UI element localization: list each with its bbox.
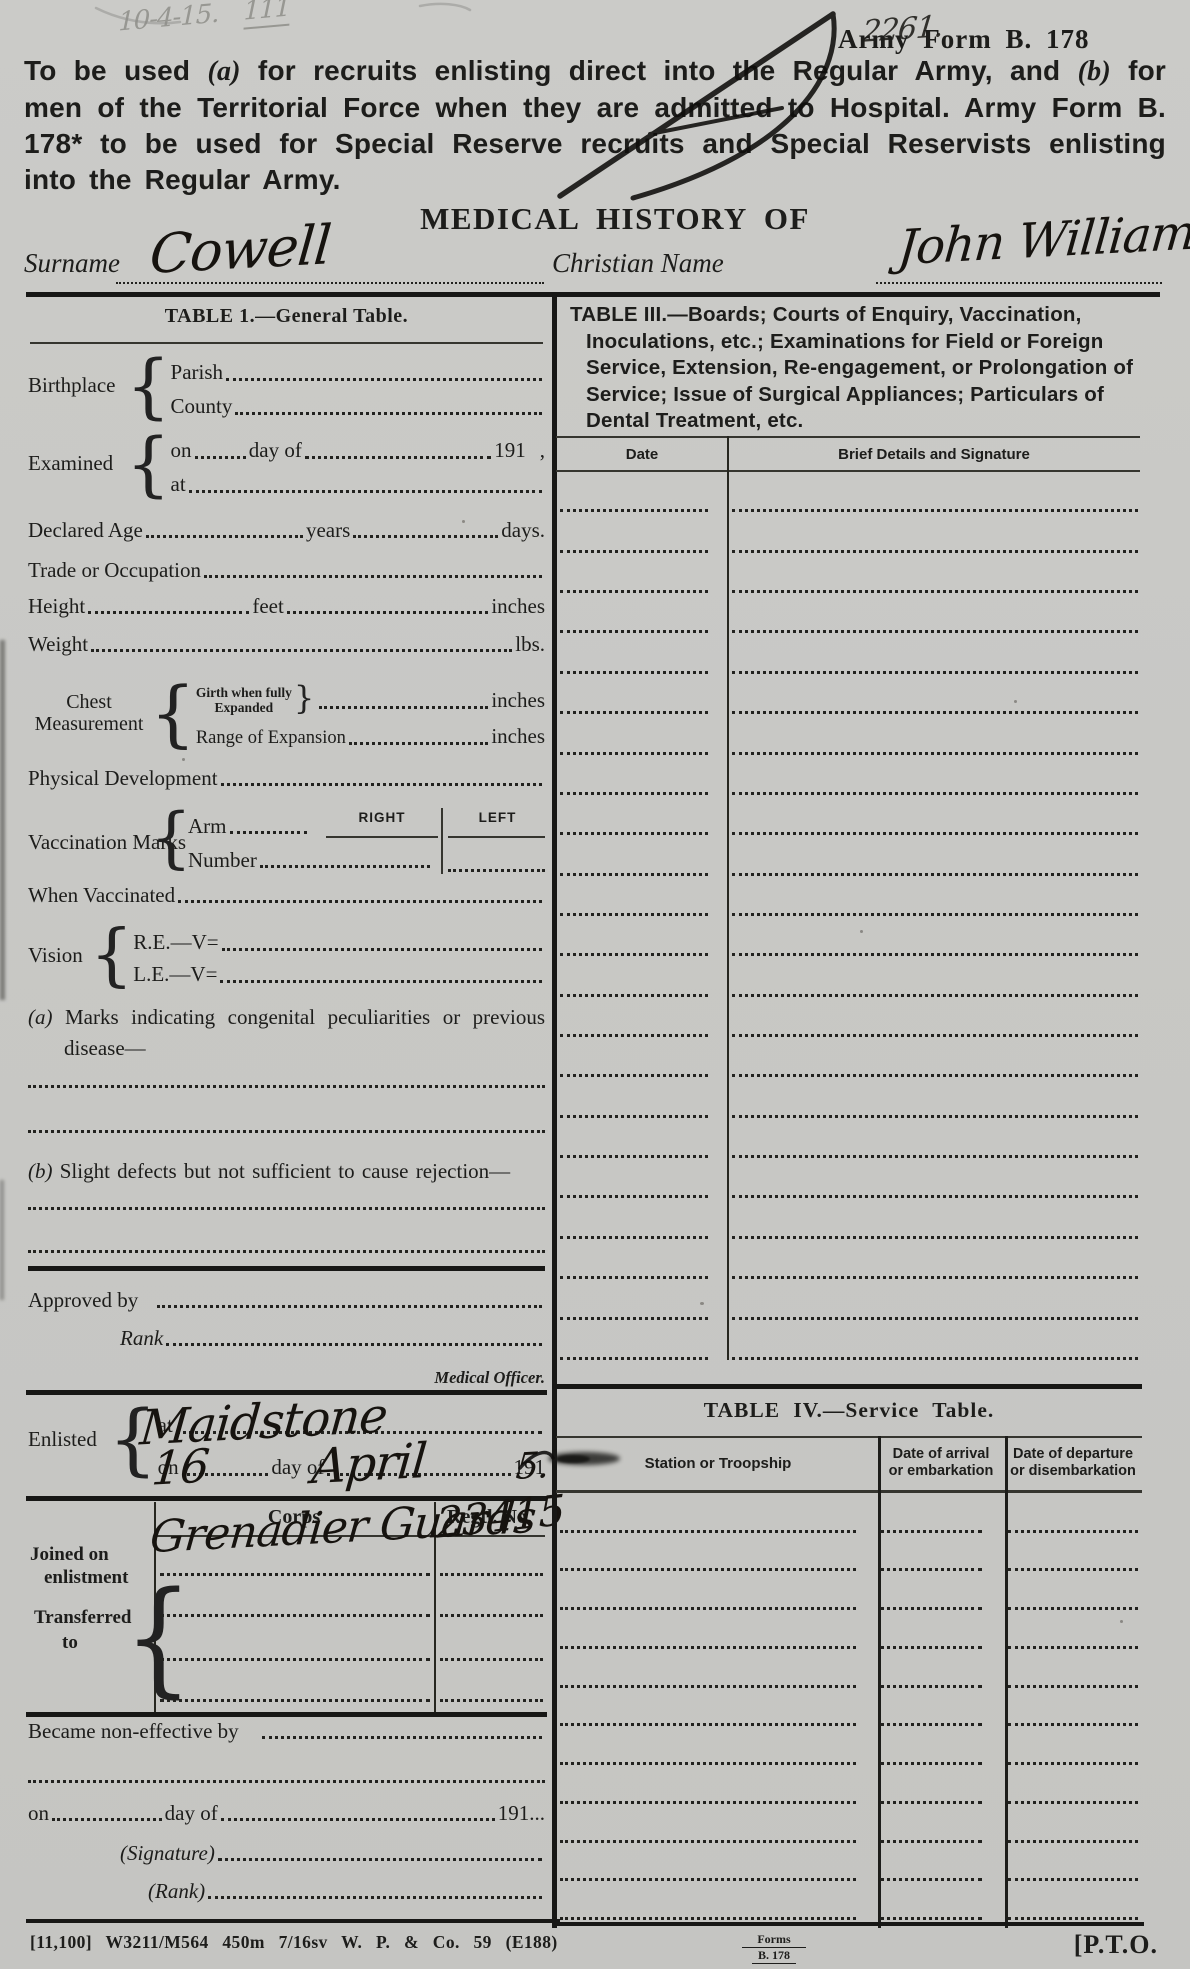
non-effective-month-blank xyxy=(221,1818,495,1821)
dust-speck-4 xyxy=(182,758,185,761)
chest-label-line1: Chest xyxy=(28,691,150,713)
arrival-header-line2: or embarkation xyxy=(880,1463,1002,1480)
table3-row xyxy=(560,512,1138,552)
pencil-annotation: 10-4-15. 111 xyxy=(118,0,290,38)
table3-row xyxy=(560,876,1138,916)
forms-reference-label: Forms xyxy=(742,1932,806,1948)
departure-header-line2: or disembarkation xyxy=(1007,1463,1139,1480)
table3-row xyxy=(560,553,1138,593)
right-eye-label: R.E.—V= xyxy=(133,930,218,955)
signature-blank xyxy=(218,1858,542,1861)
defects-b-paragraph: (b) Slight defects but not sufficient to… xyxy=(28,1156,545,1186)
signature-label: (Signature) xyxy=(120,1841,215,1865)
height-row: Height feet inches xyxy=(28,592,545,618)
left-arm-underline xyxy=(448,836,545,838)
bottom-left-rule xyxy=(26,1919,560,1923)
table3-row xyxy=(560,795,1138,835)
number-label: Number xyxy=(188,848,257,872)
table3-row xyxy=(560,916,1138,956)
enlisted-day-value: 16 xyxy=(150,1438,211,1495)
table4-row xyxy=(560,1804,1138,1843)
declared-age-label: Declared Age xyxy=(28,518,143,542)
table4-title: TABLE IV.—Service Table. xyxy=(556,1398,1142,1423)
table4-body xyxy=(560,1494,1138,1920)
table4-row xyxy=(560,1610,1138,1649)
arm-blank xyxy=(230,831,308,834)
physical-development-label: Physical Development xyxy=(28,766,218,790)
transferred-corps-blank-3 xyxy=(160,1699,430,1702)
table3-title: TABLE III.—Boards; Courts of Enquiry, Va… xyxy=(570,302,1140,435)
examined-on-label: on xyxy=(171,438,192,463)
table3-row xyxy=(560,633,1138,673)
non-effective-on-label: on xyxy=(28,1801,49,1825)
dust-speck-6 xyxy=(860,930,863,933)
joined-corps-blank xyxy=(160,1573,430,1576)
table4-arrival-header: Date of arrival or embarkation xyxy=(880,1446,1002,1480)
approved-by-label: Approved by xyxy=(28,1288,138,1312)
when-vaccinated-label: When Vaccinated xyxy=(28,883,175,907)
chest-label-line2: Measurement xyxy=(28,713,150,735)
range-expansion-label: Range of Expansion xyxy=(196,728,346,749)
forms-reference-stack: Forms B. 178 xyxy=(742,1932,806,1964)
table3-row xyxy=(560,1279,1138,1319)
transferred-corps-blank-2 xyxy=(160,1658,430,1661)
surname-value: Cowell xyxy=(147,213,333,286)
table4-departure-cell xyxy=(1008,1917,1138,1920)
defects-b-tag: (b) xyxy=(28,1159,53,1183)
table3-date-header: Date xyxy=(556,446,728,464)
scan-edge-streak-2 xyxy=(0,1180,4,1300)
table1-title: TABLE 1.—General Table. xyxy=(28,305,545,328)
table4-top-rule xyxy=(556,1384,1142,1389)
parish-label: Parish xyxy=(171,360,224,385)
left-arm-header: LEFT xyxy=(450,810,545,826)
table3-row xyxy=(560,674,1138,714)
instructions-letter-a: (a) xyxy=(207,56,240,87)
defects-b-text: Slight defects but not sufficient to cau… xyxy=(60,1159,510,1183)
height-inches-blank xyxy=(287,611,489,614)
rank-row: Rank xyxy=(120,1324,545,1350)
transferred-regtl-blank-2 xyxy=(440,1658,543,1661)
joined-regtl-blank xyxy=(440,1573,543,1576)
feet-label: feet xyxy=(252,594,283,618)
vaccination-brace: { xyxy=(150,808,192,867)
non-effective-date-row: on day of 191... xyxy=(28,1799,545,1825)
vision-label: Vision xyxy=(28,944,90,967)
enlisted-month-value: April xyxy=(310,1433,429,1495)
marks-a-paragraph: (a) Marks indicating congenital peculiar… xyxy=(28,1002,545,1064)
arm-label: Arm xyxy=(188,814,227,838)
non-effective-row: Became non-effective by xyxy=(28,1717,545,1743)
days-label: days. xyxy=(501,518,545,542)
table3-row xyxy=(560,593,1138,633)
ink-smudge-core xyxy=(556,1455,590,1463)
non-effective-blank xyxy=(262,1736,542,1739)
instructions-letter-b: (b) xyxy=(1078,56,1111,87)
christian-name-label: Christian Name xyxy=(552,248,724,279)
when-vaccinated-blank xyxy=(178,900,542,903)
girth-label-line2: Expanded xyxy=(215,700,274,715)
girth-close-brace: } xyxy=(294,684,314,713)
marks-a-text: Marks indicating congenital peculiaritie… xyxy=(64,1005,545,1060)
table3-row xyxy=(560,997,1138,1037)
range-blank xyxy=(349,742,489,745)
examined-day-blank xyxy=(195,456,246,459)
table3-row xyxy=(560,755,1138,795)
non-effective-day-blank xyxy=(52,1818,162,1821)
girth-label-line1: Girth when fully xyxy=(196,685,292,700)
table4-row xyxy=(560,1494,1138,1533)
joined-label-line1: Joined on xyxy=(30,1544,152,1567)
physical-development-row: Physical Development xyxy=(28,764,545,790)
weight-blank xyxy=(91,649,512,652)
table3-row xyxy=(560,1037,1138,1077)
height-inches-label: inches xyxy=(491,594,545,618)
county-blank-line xyxy=(235,412,542,415)
enlisted-year-value: 5. xyxy=(514,1445,550,1488)
dust-speck-5 xyxy=(1120,1620,1123,1623)
girth-inches-label: inches xyxy=(491,688,545,713)
girth-label: Girth when fully Expanded xyxy=(196,685,292,715)
birthplace-group: Birthplace { Parish County xyxy=(28,352,545,420)
height-label: Height xyxy=(28,594,85,618)
examined-brace: { xyxy=(126,433,171,496)
christian-name-rule xyxy=(876,282,1162,284)
forms-reference-number: B. 178 xyxy=(752,1948,796,1964)
rank-bottom-label: (Rank) xyxy=(148,1879,205,1903)
table3-details-cell xyxy=(732,1357,1138,1360)
declared-age-days-blank xyxy=(353,535,498,538)
table1-title-underline xyxy=(30,342,543,344)
parish-blank-line xyxy=(226,378,542,381)
examined-comma: , xyxy=(540,438,545,463)
number-row: Number xyxy=(188,846,433,872)
table4-row xyxy=(560,1765,1138,1804)
pencil-note-date: 10-4-15. xyxy=(118,0,219,38)
right-eye-blank xyxy=(222,948,542,951)
right-arm-underline xyxy=(326,836,438,838)
when-vaccinated-row: When Vaccinated xyxy=(28,881,545,907)
approved-by-row: Approved by xyxy=(28,1286,545,1312)
chest-measurement-group: Chest Measurement { Girth when fully Exp… xyxy=(28,676,545,750)
table3-row xyxy=(560,472,1138,512)
table3-details-header: Brief Details and Signature xyxy=(728,446,1140,464)
number-right-blank xyxy=(260,865,430,868)
examined-year-label: 191 xyxy=(494,438,526,463)
examined-at-label: at xyxy=(171,472,186,497)
printer-imprint: [11,100] W3211/M564 450m 7/16sv W. P. & … xyxy=(30,1932,558,1953)
vaccination-marks-group: Vaccination Marks { Arm RIGHT LEFT Numbe… xyxy=(28,802,545,882)
non-effective-blank-2 xyxy=(28,1780,545,1783)
marks-a-tag: (a) xyxy=(28,1005,53,1029)
bottom-right-rule xyxy=(556,1922,1144,1926)
range-inches-label: inches xyxy=(491,724,545,749)
table3-row xyxy=(560,714,1138,754)
right-arm-header: RIGHT xyxy=(328,810,436,826)
birthplace-brace: { xyxy=(126,355,171,418)
trade-row: Trade or Occupation xyxy=(28,556,545,582)
rank-label: Rank xyxy=(120,1326,163,1350)
weight-row: Weight lbs. xyxy=(28,630,545,656)
non-effective-year-label: 191... xyxy=(498,1801,545,1825)
table4-row xyxy=(560,1533,1138,1572)
table4-row xyxy=(560,1881,1138,1920)
pencil-note-number: 111 xyxy=(243,0,290,30)
instructions-part2: for recruits enlisting direct into the R… xyxy=(241,55,1078,86)
table4-arrival-cell xyxy=(880,1917,982,1920)
arm-row: Arm xyxy=(188,810,310,838)
examined-label: Examined xyxy=(28,452,126,475)
marks-a-blank-1 xyxy=(28,1085,545,1088)
table3-title-underline xyxy=(556,436,1140,438)
scan-edge-streak-1 xyxy=(0,640,5,1000)
surname-label: Surname xyxy=(24,248,120,279)
defects-b-blank-1 xyxy=(28,1207,545,1210)
pto-label: [P.T.O. xyxy=(1028,1930,1158,1960)
table3-date-cell xyxy=(560,1357,708,1360)
girth-blank xyxy=(319,706,488,709)
arrival-header-line1: Date of arrival xyxy=(880,1446,1002,1463)
scanned-army-form-b178: { "annotations": { "pencil_note": "10-4-… xyxy=(0,0,1190,1969)
left-eye-label: L.E.—V= xyxy=(133,962,217,987)
rank-blank xyxy=(166,1343,542,1346)
transferred-brace: { xyxy=(124,1582,193,1694)
transferred-corps-blank-1 xyxy=(160,1614,430,1617)
signature-row: (Signature) xyxy=(120,1839,545,1865)
vision-brace: { xyxy=(90,925,133,986)
table3-body xyxy=(560,472,1138,1360)
form-instructions: To be used (a) for recruits enlisting di… xyxy=(24,53,1166,198)
enlisted-label: Enlisted xyxy=(28,1428,108,1451)
transferred-regtl-blank-3 xyxy=(440,1699,543,1702)
table4-station-cell xyxy=(560,1917,856,1920)
table3-row xyxy=(560,1118,1138,1158)
approval-section-rule xyxy=(28,1266,545,1271)
vision-group: Vision { R.E.—V= L.E.—V= xyxy=(28,924,545,988)
table3-row xyxy=(560,1320,1138,1360)
table4-title-underline xyxy=(556,1436,1142,1438)
county-label: County xyxy=(171,394,233,419)
non-effective-dayof-label: day of xyxy=(165,1801,218,1825)
table3-row xyxy=(560,956,1138,996)
examined-month-blank xyxy=(305,456,491,459)
lbs-label: lbs. xyxy=(515,632,545,656)
dust-speck-3 xyxy=(700,1302,704,1305)
header-divider-rule xyxy=(26,292,1160,297)
center-column-divider xyxy=(552,294,557,1928)
trade-label: Trade or Occupation xyxy=(28,558,201,582)
examined-group: Examined { on day of 191 , at xyxy=(28,430,545,498)
table4-header-underline xyxy=(556,1490,1142,1493)
dust-speck-1 xyxy=(462,520,465,523)
declared-age-years-blank xyxy=(146,535,303,538)
chest-brace: { xyxy=(150,681,196,746)
table4-row xyxy=(560,1571,1138,1610)
table3-row xyxy=(560,1198,1138,1238)
table4-row xyxy=(560,1843,1138,1882)
table4-row xyxy=(560,1649,1138,1688)
examined-dayof-label: day of xyxy=(249,438,302,463)
table3-row xyxy=(560,835,1138,875)
examined-place-blank xyxy=(189,490,542,493)
departure-header-line1: Date of departure xyxy=(1007,1446,1139,1463)
table4-row xyxy=(560,1688,1138,1727)
joined-regtl-value: 23415 xyxy=(436,1485,564,1548)
declared-age-row: Declared Age years days. xyxy=(28,516,545,542)
chest-measurement-label: Chest Measurement xyxy=(28,691,150,735)
table3-row xyxy=(560,1158,1138,1198)
trade-blank xyxy=(204,575,542,578)
transferred-regtl-blank-1 xyxy=(440,1614,543,1617)
physical-development-blank xyxy=(221,783,542,786)
height-feet-blank xyxy=(88,611,249,614)
dust-speck-2 xyxy=(1014,700,1017,703)
form-number: Army Form B. 178 xyxy=(838,24,1089,55)
left-eye-blank xyxy=(220,980,542,983)
table4-row xyxy=(560,1726,1138,1765)
rank-bottom-blank xyxy=(208,1896,542,1899)
non-effective-label: Became non-effective by xyxy=(28,1719,239,1743)
years-label: years xyxy=(306,518,350,542)
table3-row xyxy=(560,1239,1138,1279)
table3-row xyxy=(560,1077,1138,1117)
defects-b-blank-2 xyxy=(28,1250,545,1253)
birthplace-label: Birthplace xyxy=(28,374,126,397)
number-left-blank xyxy=(448,869,545,872)
marks-a-blank-2 xyxy=(28,1130,545,1133)
rank-bottom-row: (Rank) xyxy=(148,1877,545,1903)
vaccination-column-divider xyxy=(441,808,443,874)
approved-by-blank xyxy=(157,1305,542,1308)
medical-officer-label: Medical Officer. xyxy=(28,1368,545,1388)
instructions-part1: To be used xyxy=(24,55,207,86)
weight-label: Weight xyxy=(28,632,88,656)
table4-departure-header: Date of departure or disembarkation xyxy=(1007,1446,1139,1480)
